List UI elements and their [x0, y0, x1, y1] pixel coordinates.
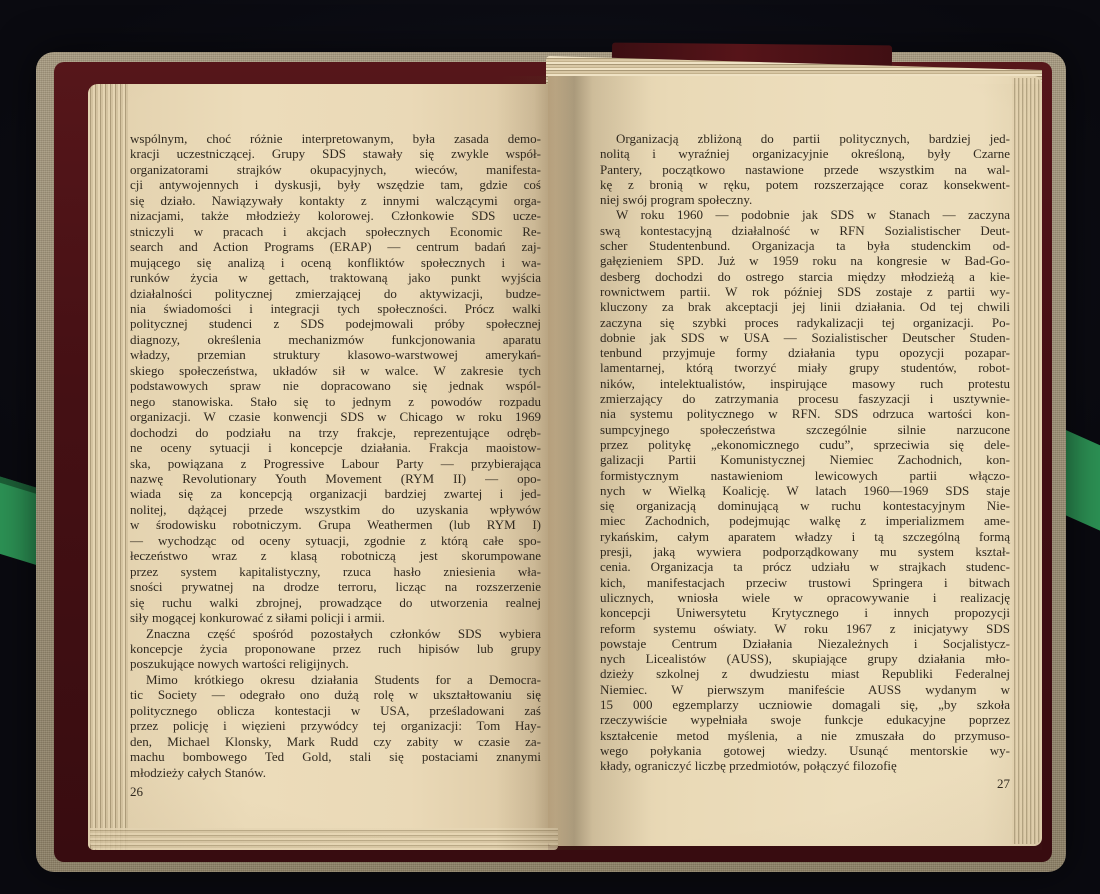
text-line: tic Society — odegrało ono dużą rolę w u…: [130, 687, 541, 702]
text-line: cji antywojennych i dyskusji, były wszęd…: [130, 177, 541, 192]
text-line: przez system kapitalistyczny, rzuca hasł…: [130, 564, 541, 579]
text-line: kluczony za brak akceptacji jej linii dz…: [600, 299, 1010, 314]
text-line: kształcenie metod myślenia, a nie zmusza…: [600, 728, 1010, 743]
left-page-text: wspólnym, choć różnie interpretowanym, b…: [130, 131, 541, 780]
text-line: działalności politycznej zmierzającej do…: [130, 286, 541, 301]
text-line: dochodzi do podziału na trzy frakcje, re…: [130, 425, 541, 440]
text-line: miec Zachodnich, podejmując walkę z impe…: [600, 513, 1010, 528]
text-line: kę z bronią w ręku, potem rozszerzające …: [600, 177, 1010, 192]
text-line: przez policję i więzieni przywódcy tej o…: [130, 718, 541, 733]
text-line: nolitą i wyraźniej organizacyjnie określ…: [600, 146, 1010, 161]
text-line: dzieży szkolnej z dwudziestu miast Repub…: [600, 666, 1010, 681]
text-line: kracji uczestniczącej. Grupy SDS stawały…: [130, 146, 541, 161]
text-line: organizacji. W czasie konwencji SDS w Ch…: [130, 409, 541, 424]
text-line: Pantery, początkowo nastawione przede ws…: [600, 162, 1010, 177]
text-line: 15 000 egzemplarzy uczniowie domagali si…: [600, 697, 1010, 712]
text-line: organizatorami strajków okupacyjnych, wi…: [130, 162, 541, 177]
text-line: tenbund przyjmuje formy działania typu o…: [600, 345, 1010, 360]
text-line: łeczeństwo wraz z klasą robotniczą jest …: [130, 548, 541, 563]
text-line: Organizacją zbliżoną do partii polityczn…: [600, 131, 1010, 146]
text-line: W roku 1960 — podobnie jak SDS w Stanach…: [600, 207, 1010, 222]
text-line: gałęzieniem SPD. Już w 1959 roku na kong…: [600, 253, 1010, 268]
text-line: rzeczywiście wypełniała swoje funkcje ed…: [600, 712, 1010, 727]
text-line: przez politykę „ekonomicznego cudu”, spr…: [600, 437, 1010, 452]
text-line: desberg dochodzi do ostrego starcia międ…: [600, 269, 1010, 284]
text-line: niej swój program społeczny.: [600, 192, 1010, 207]
text-line: młodzieży całych Stanów.: [130, 765, 541, 780]
text-line: kich, manifestacjach przeciw trustowi Sp…: [600, 575, 1010, 590]
text-line: galizacji Partii Komunistycznej Niemiec …: [600, 452, 1010, 467]
text-line: dobnie jak SDS w USA — Sozialistischer D…: [600, 330, 1010, 345]
text-line: den, Michael Klonsky, Mark Rudd czy zabi…: [130, 734, 541, 749]
text-line: — wychodząc od oceny sytuacji, zgodnie z…: [130, 533, 541, 548]
text-line: scher Studentenbund. Organizacja ta była…: [600, 238, 1010, 253]
text-line: siły mogącej konkurować z siłami policji…: [130, 610, 541, 625]
text-line: cenia. Organizacja ta prócz udziału w st…: [600, 559, 1010, 574]
text-line: się działo. Nawiązywały kontakty z innym…: [130, 193, 541, 208]
paragraph: Mimo krótkiego okresu działania Students…: [130, 672, 541, 780]
text-line: kłady, ograniczyć liczbę przedmiotów, po…: [600, 758, 1010, 773]
text-line: Znaczna część spośród pozostałych członk…: [130, 626, 541, 641]
text-line: sumpcyjnego społeczeństwa szczególnie si…: [600, 422, 1010, 437]
text-line: presji, jaką wywiera podporządkowany mu …: [600, 544, 1010, 559]
text-line: nych Licealistów (AUSS), skupiające grup…: [600, 651, 1010, 666]
page-stack-right-edge: [1012, 78, 1042, 844]
text-line: mującego się analizą i oceną konfliktów …: [130, 255, 541, 270]
text-line: nia systemu politycznego w RFN. SDS odrz…: [600, 406, 1010, 421]
text-line: machu bombowego Ted Gold, stali się post…: [130, 749, 541, 764]
text-line: runków życia w gettach, traktowaną jako …: [130, 270, 541, 285]
text-line: w środowisku robotniczym. Grupa Weatherm…: [130, 517, 541, 532]
text-line: Mimo krótkiego okresu działania Students…: [130, 672, 541, 687]
page-number-left: 26: [130, 784, 143, 800]
text-line: koncepcje życia proponowane przez ruch h…: [130, 641, 541, 656]
text-line: wego połykania gotowej wiedzy. Usunąć me…: [600, 743, 1010, 758]
text-line: Niemiec. W pierwszym manifeście AUSS wyd…: [600, 682, 1010, 697]
text-line: się ruchu walki zbrojnej, prowadzące do …: [130, 595, 541, 610]
text-line: formistycznym nastawieniom lewicowych pa…: [600, 468, 1010, 483]
text-line: się organizacją dominującą w ruchu konte…: [600, 498, 1010, 513]
text-line: ska, powiązana z Progressive Labour Part…: [130, 456, 541, 471]
text-line: zmierzający do zatrzymania procesu faszy…: [600, 391, 1010, 406]
book-photo: wspólnym, choć różnie interpretowanym, b…: [0, 0, 1100, 894]
text-line: rykańskim, całym aparatem władzy i tą sz…: [600, 529, 1010, 544]
text-line: powstaje Centrum Działania Niezależnych …: [600, 636, 1010, 651]
page-number-right: 27: [960, 776, 1010, 792]
text-line: wspólnym, choć różnie interpretowanym, b…: [130, 131, 541, 146]
text-line: nolitej, dążącej przede wszystkim do uzy…: [130, 502, 541, 517]
text-line: nego stanowiska. Stało się to jednym z p…: [130, 394, 541, 409]
text-line: ne oceny sytuacji i koncepcje działania.…: [130, 440, 541, 455]
text-line: nych w Wielką Koalicję. W latach 1960—19…: [600, 483, 1010, 498]
text-line: rownictwem partii. W rok później SDS zos…: [600, 284, 1010, 299]
text-line: zaczyna się szybki proces radykalizacji …: [600, 315, 1010, 330]
paragraph: wspólnym, choć różnie interpretowanym, b…: [130, 131, 541, 626]
text-line: ników, intelektualistów, inspirujące mas…: [600, 376, 1010, 391]
text-line: podstawowych spraw nie dopracowano się j…: [130, 378, 541, 393]
text-line: nizacjami, także młodzieży kolorowej. Cz…: [130, 208, 541, 223]
page-stack-bottom-edge: [90, 828, 558, 850]
text-line: search and Action Programs (ERAP) — cent…: [130, 239, 541, 254]
text-line: lamentarnej, którą tworzyć miały grupy s…: [600, 360, 1010, 375]
text-line: wiada się za koncepcją organizacji bardz…: [130, 486, 541, 501]
text-line: ulicznych, wniosła wiele w opracowywanie…: [600, 590, 1010, 605]
text-line: politycznej studenci z SDS podejmowali p…: [130, 316, 541, 331]
text-line: nia świadomości i integracji tych społec…: [130, 301, 541, 316]
text-line: sności prywatnej na drodze terroru, licz…: [130, 579, 541, 594]
text-line: koncepcji Uniwersytetu Krytycznego i inn…: [600, 605, 1010, 620]
text-line: nazwę Revolutionary Youth Movement (RYM …: [130, 471, 541, 486]
right-page-text: Organizacją zbliżoną do partii polityczn…: [600, 131, 1010, 773]
text-line: reform systemu oświaty. W roku 1967 z in…: [600, 621, 1010, 636]
paragraph: W roku 1960 — podobnie jak SDS w Stanach…: [600, 207, 1010, 773]
paragraph: Organizacją zbliżoną do partii polityczn…: [600, 131, 1010, 207]
paragraph: Znaczna część spośród pozostałych członk…: [130, 626, 541, 672]
text-line: władzy, przemian struktury klasowo-warst…: [130, 347, 541, 362]
text-line: swą kontestacyjną działalność w RFN Sozi…: [600, 223, 1010, 238]
text-line: politycznego oblicza kontestacji w USA, …: [130, 703, 541, 718]
text-line: stniczyli w pracach i akcjach społecznyc…: [130, 224, 541, 239]
text-line: poszukujące nowych wartości religijnych.: [130, 656, 541, 671]
text-line: skiego społeczeństwa, układów sił w walc…: [130, 363, 541, 378]
page-stack-left-edge: [88, 84, 128, 850]
text-line: diagnozy, określenia mechanizmów funkcjo…: [130, 332, 541, 347]
